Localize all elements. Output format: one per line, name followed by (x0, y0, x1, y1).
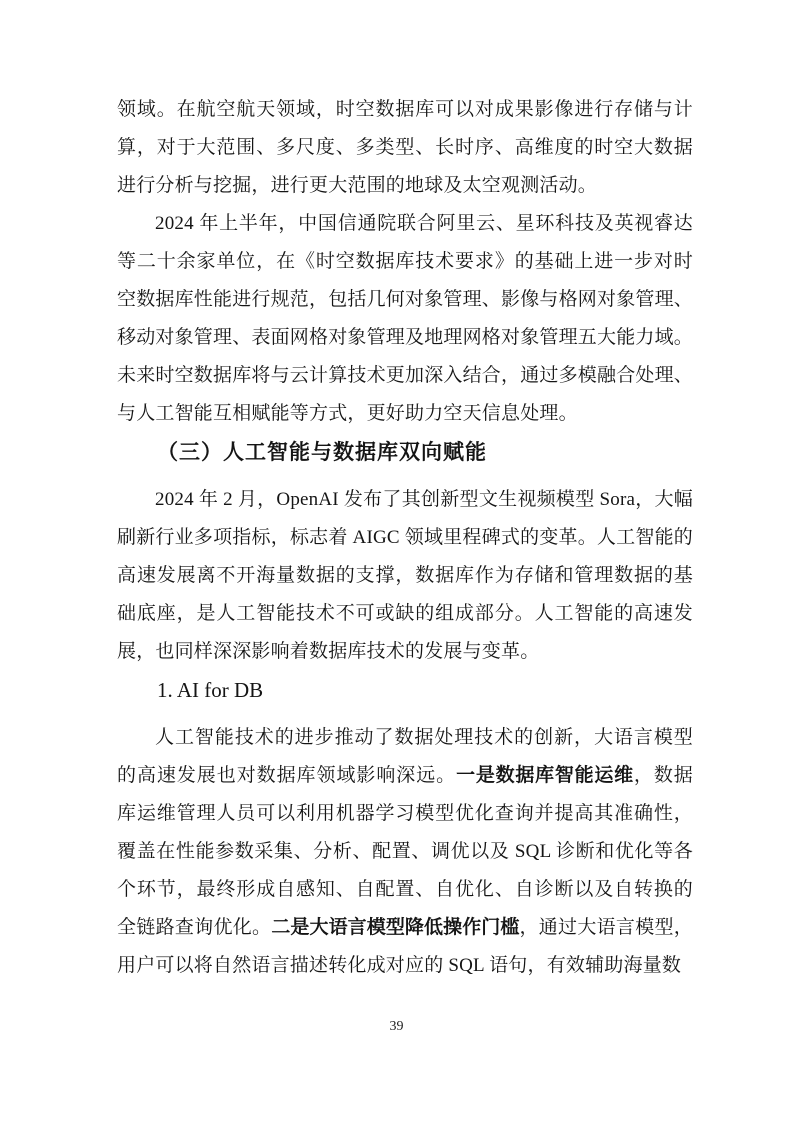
text-line: 全链路查询优化。二是大语言模型降低操作门槛，通过大语言模型， (117, 909, 693, 947)
text-run: 刷新行业多项指标，标志着 AIGC 领域里程碑式的变革。人工智能的 (117, 527, 693, 548)
text-line: 进行分析与挖掘，进行更大范围的地球及太空观测活动。 (117, 167, 693, 205)
text-run: 进行分析与挖掘，进行更大范围的地球及太空观测活动。 (117, 175, 597, 196)
paragraph-ai-for-db: 人工智能技术的进步推动了数据处理技术的创新，大语言模型的高速发展也对数据库领域影… (117, 719, 693, 985)
text-run: 库运维管理人员可以利用机器学习模型优化查询并提高其准确性， (117, 803, 693, 824)
text-line: 领域。在航空航天领域，时空数据库可以对成果影像进行存储与计 (117, 91, 693, 129)
section-heading: （三）人工智能与数据库双向赋能 (117, 433, 693, 471)
text-run: 未来时空数据库将与云计算技术更加深入结合，通过多模融合处理、 (117, 365, 693, 386)
paragraph-ai-db-mutual-empowerment: 2024 年 2 月，OpenAI 发布了其创新型文生视频模型 Sora，大幅刷… (117, 481, 693, 671)
document-page: 领域。在航空航天领域，时空数据库可以对成果影像进行存储与计算，对于大范围、多尺度… (0, 0, 793, 1122)
emphasis-run: 二是大语言模型降低操作门槛 (271, 917, 519, 938)
text-run: 等二十余家单位，在《时空数据库技术要求》的基础上进一步对时 (117, 251, 693, 272)
text-line: 展，也同样深深影响着数据库技术的发展与变革。 (117, 633, 693, 671)
text-run: 覆盖在性能参数采集、分析、配置、调优以及 SQL 诊断和优化等各 (117, 841, 693, 862)
text-line: 的高速发展也对数据库领域影响深远。一是数据库智能运维，数据 (117, 757, 693, 795)
text-run: 础底座，是人工智能技术不可或缺的组成部分。人工智能的高速发 (117, 603, 693, 624)
text-run: 领域。在航空航天领域，时空数据库可以对成果影像进行存储与计 (117, 99, 693, 120)
paragraph-spatiotemporal-standard: 2024 年上半年，中国信通院联合阿里云、星环科技及英视睿达等二十余家单位，在《… (117, 205, 693, 433)
text-run: 人工智能技术的进步推动了数据处理技术的创新，大语言模型 (155, 727, 693, 748)
subsection-heading: 1. AI for DB (117, 671, 693, 709)
text-line: 础底座，是人工智能技术不可或缺的组成部分。人工智能的高速发 (117, 595, 693, 633)
text-run: 算，对于大范围、多尺度、多类型、长时序、高维度的时空大数据 (117, 137, 693, 158)
text-run: ，数据 (634, 765, 693, 786)
text-run: 用户可以将自然语言描述转化成对应的 SQL 语句，有效辅助海量数 (117, 955, 681, 976)
page-footer: 39 (0, 1019, 793, 1035)
text-run: 的高速发展也对数据库领域影响深远。 (117, 765, 456, 786)
text-run: 全链路查询优化。 (117, 917, 271, 938)
text-run: ，通过大语言模型， (519, 917, 693, 938)
text-line: 用户可以将自然语言描述转化成对应的 SQL 语句，有效辅助海量数 (117, 947, 693, 985)
emphasis-run: 一是数据库智能运维 (456, 765, 634, 786)
text-run: 与人工智能互相赋能等方式，更好助力空天信息处理。 (117, 403, 578, 424)
text-line: 空数据库性能进行规范，包括几何对象管理、影像与格网对象管理、 (117, 281, 693, 319)
text-run: 高速发展离不开海量数据的支撑，数据库作为存储和管理数据的基 (117, 565, 693, 586)
text-line: 刷新行业多项指标，标志着 AIGC 领域里程碑式的变革。人工智能的 (117, 519, 693, 557)
text-line: 覆盖在性能参数采集、分析、配置、调优以及 SQL 诊断和优化等各 (117, 833, 693, 871)
text-run: 展，也同样深深影响着数据库技术的发展与变革。 (117, 641, 539, 662)
text-line: 等二十余家单位，在《时空数据库技术要求》的基础上进一步对时 (117, 243, 693, 281)
text-line: 2024 年上半年，中国信通院联合阿里云、星环科技及英视睿达 (117, 205, 693, 243)
text-run: 个环节，最终形成自感知、自配置、自优化、自诊断以及自转换的 (117, 879, 693, 900)
document-body: 领域。在航空航天领域，时空数据库可以对成果影像进行存储与计算，对于大范围、多尺度… (117, 91, 693, 985)
text-line: 算，对于大范围、多尺度、多类型、长时序、高维度的时空大数据 (117, 129, 693, 167)
text-line: 2024 年 2 月，OpenAI 发布了其创新型文生视频模型 Sora，大幅 (117, 481, 693, 519)
text-line: 高速发展离不开海量数据的支撑，数据库作为存储和管理数据的基 (117, 557, 693, 595)
text-line: 未来时空数据库将与云计算技术更加深入结合，通过多模融合处理、 (117, 357, 693, 395)
text-run: 空数据库性能进行规范，包括几何对象管理、影像与格网对象管理、 (117, 289, 693, 310)
text-line: 库运维管理人员可以利用机器学习模型优化查询并提高其准确性， (117, 795, 693, 833)
text-line: 个环节，最终形成自感知、自配置、自优化、自诊断以及自转换的 (117, 871, 693, 909)
page-number: 39 (390, 1019, 404, 1034)
text-line: 与人工智能互相赋能等方式，更好助力空天信息处理。 (117, 395, 693, 433)
text-line: 移动对象管理、表面网格对象管理及地理网格对象管理五大能力域。 (117, 319, 693, 357)
text-run: 移动对象管理、表面网格对象管理及地理网格对象管理五大能力域。 (117, 327, 693, 348)
text-run: 2024 年 2 月，OpenAI 发布了其创新型文生视频模型 Sora，大幅 (155, 489, 693, 510)
paragraph-aerospace-continuation: 领域。在航空航天领域，时空数据库可以对成果影像进行存储与计算，对于大范围、多尺度… (117, 91, 693, 205)
text-line: 人工智能技术的进步推动了数据处理技术的创新，大语言模型 (117, 719, 693, 757)
text-run: 2024 年上半年，中国信通院联合阿里云、星环科技及英视睿达 (155, 213, 693, 234)
